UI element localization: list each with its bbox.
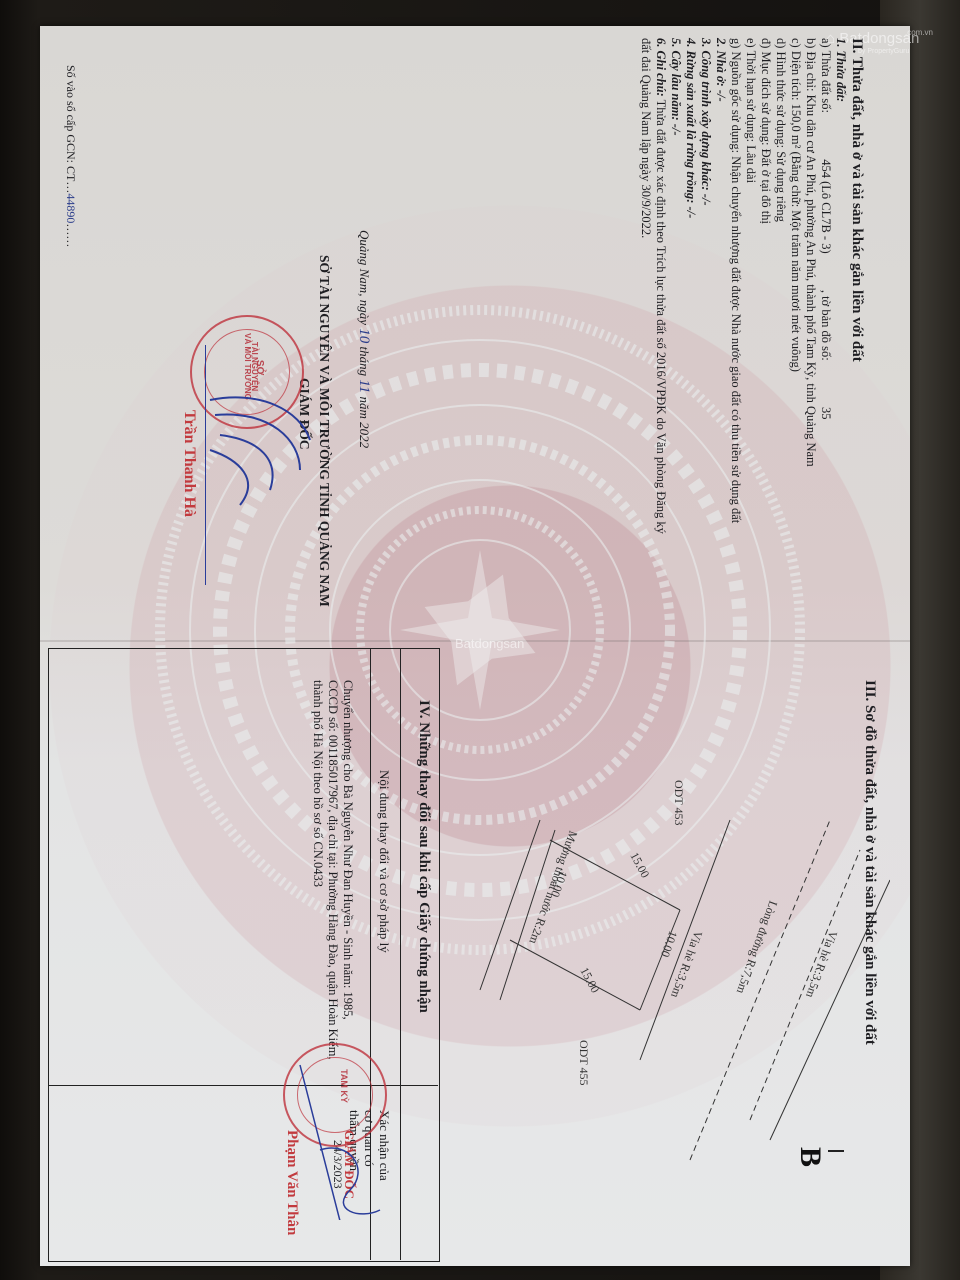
plot-number: 454 (Lô CL7B - 3) xyxy=(819,159,833,253)
perennial-row: 5. Cây lâu năm: -/- xyxy=(668,38,683,534)
forest-row: 4. Rừng sản xuất là rừng trồng: -/- xyxy=(683,38,698,534)
origin-row: g) Nguồn gốc sử dụng: Nhận chuyển nhượng… xyxy=(728,38,743,534)
use-purpose-row: đ) Mục đích sử dụng: Đất ở tại đô thị xyxy=(758,38,773,534)
change-content: Chuyển nhượng cho Bà Nguyễn Như Đan Huyề… xyxy=(310,680,355,1060)
section-ii: II. Thửa đất, nhà ở và tài sản khác gắn … xyxy=(638,38,865,534)
note-row: 6. Ghi chú: Thửa đất được xác định theo … xyxy=(653,38,668,534)
column-header-content: Nội dung thay đổi và cơ sở pháp lý xyxy=(377,770,392,953)
signature-stroke xyxy=(205,345,206,585)
section-iv-title: IV. Những thay đổi sau khi cấp Giấy chứn… xyxy=(415,700,432,1013)
neighbor-top-label: ODT 453 xyxy=(672,780,686,825)
address-row: b) Địa chỉ: Khu dân cư An Phú, phường An… xyxy=(803,38,818,534)
confirm-signature-icon xyxy=(290,1060,410,1220)
area-row: c) Diện tích: 150,0 m² (Bằng chữ: Một tr… xyxy=(788,38,803,534)
note-row-2: đất đai Quảng Nam lập ngày 30/9/2022. xyxy=(638,38,653,534)
watermark-center: Batdongsan xyxy=(455,636,524,651)
other-construction-row: 3. Công trình xây dựng khác: -/- xyxy=(698,38,713,534)
issue-date: Quảng Nam, ngày 10 tháng 11 năm 2022 xyxy=(355,230,372,448)
land-plot-heading: 1. Thửa đất: xyxy=(833,38,848,534)
side-bottom-label: 15.00 xyxy=(577,965,602,995)
plot-number-row: a) Thửa đất số: 454 (Lô CL7B - 3) , tờ b… xyxy=(818,38,833,534)
neighbor-bottom-label: ODT 455 xyxy=(577,1040,591,1085)
road-label-3: Vỉa hè R:3,5m xyxy=(803,929,840,1000)
plot-diagram: 15.00 15.00 10.00 10,00 Vỉa hè R:3,5m Lò… xyxy=(470,760,890,1180)
section-ii-title: II. Thửa đất, nhà ở và tài sản khác gắn … xyxy=(848,38,865,534)
house-row: 2. Nhà ở: -/- xyxy=(713,38,728,534)
use-form-row: d) Hình thức sử dụng: Sử dụng riêng xyxy=(773,38,788,534)
signature-icon xyxy=(200,380,320,510)
confirm-signer: Phạm Văn Thân xyxy=(283,1130,300,1235)
side-top-label: 15.00 xyxy=(627,850,652,880)
drain-label: Mương thoát nước R:2m xyxy=(526,829,580,947)
front-label: 10.00 xyxy=(658,929,680,959)
watermark-sub: by PropertyGuru xyxy=(858,48,909,55)
map-sheet-number: 35 xyxy=(819,407,833,420)
road-label-2: Lòng đường R:7,5m xyxy=(733,899,780,996)
use-term-row: e) Thời hạn sử dụng: Lâu dài xyxy=(743,38,758,534)
registry-number: Số vào sổ cấp GCN: CT…44890…… xyxy=(63,65,78,247)
signer-name: Trần Thanh Hà xyxy=(180,410,198,517)
watermark-domain: .com.vn xyxy=(905,28,933,37)
